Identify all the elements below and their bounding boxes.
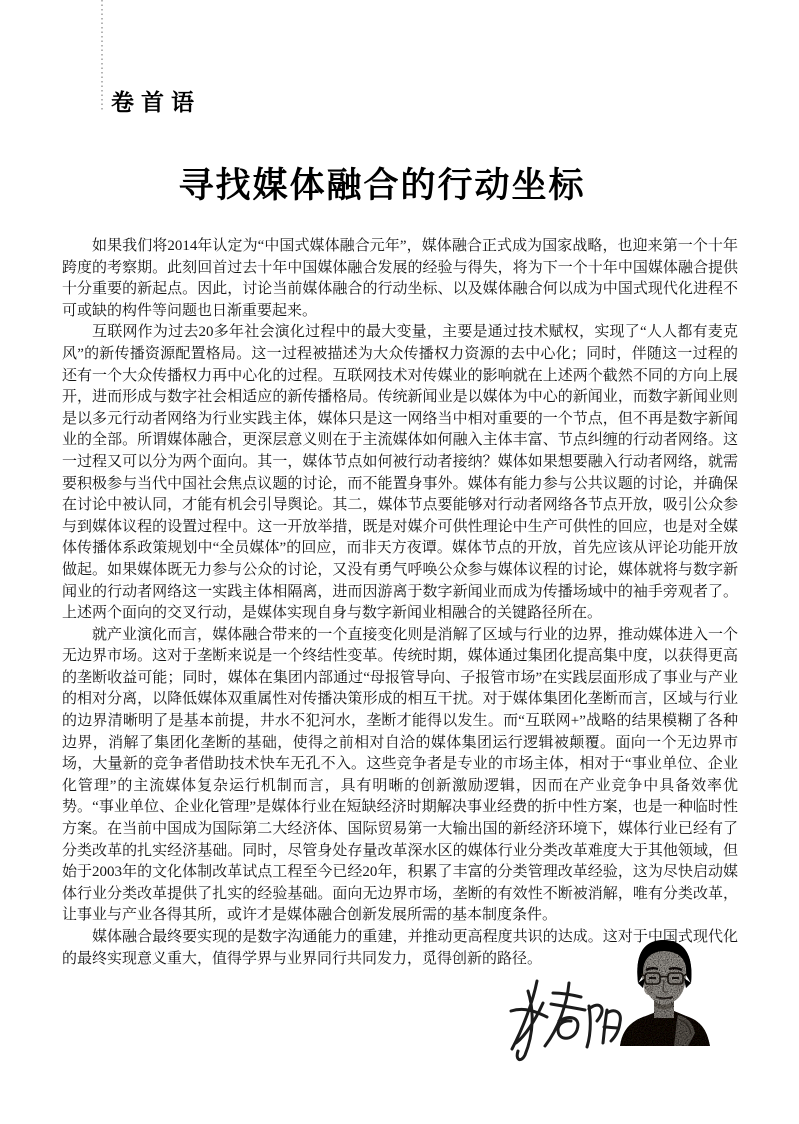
- vertical-dotted-rule: [101, 0, 103, 112]
- paragraph-1: 如果我们将2014年认定为“中国式媒体融合元年”，媒体融合正式成为国家战略，也迎…: [62, 236, 738, 322]
- article-title: 寻找媒体融合的行动坐标: [44, 158, 720, 208]
- paragraph-2: 互联网作为过去20多年社会演化过程中的最大变量，主要是通过技术赋权，实现了“人人…: [62, 322, 738, 624]
- article-body: 如果我们将2014年认定为“中国式媒体融合元年”，媒体融合正式成为国家战略，也迎…: [62, 236, 738, 970]
- section-label: 卷首语: [111, 84, 201, 117]
- journal-foreword-page: 卷首语 寻找媒体融合的行动坐标 如果我们将2014年认定为“中国式媒体融合元年”…: [0, 0, 799, 1124]
- author-block: [500, 930, 740, 1070]
- author-photo: [616, 936, 713, 1046]
- author-signature-icon: [508, 976, 628, 1066]
- paragraph-3: 就产业演化而言，媒体融合带来的一个直接变化则是消解了区域与行业的边界，推动媒体进…: [62, 625, 738, 927]
